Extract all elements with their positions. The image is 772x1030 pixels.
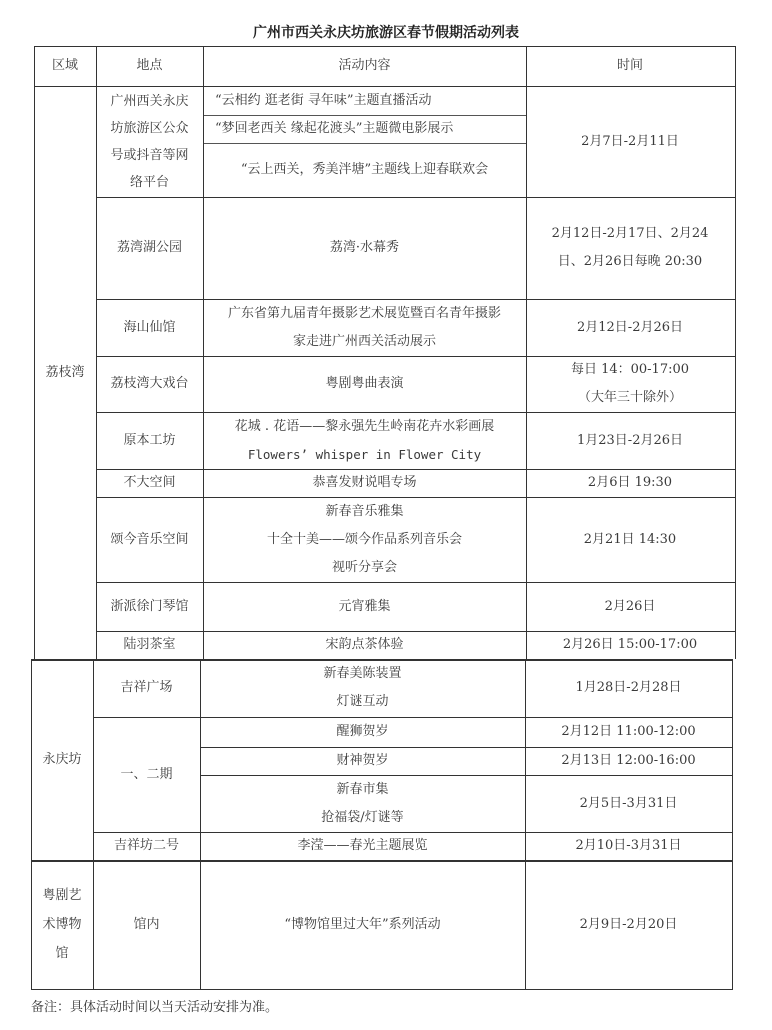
activity-cell: 新春市集 抢福袋/灯谜等 — [200, 775, 525, 832]
time-cell: 2月12日 11:00-12:00 — [525, 717, 732, 747]
region-cell-museum: 粤剧艺 术博物 馆 — [31, 860, 93, 989]
time-cell: 2月13日 12:00-16:00 — [525, 747, 732, 775]
table-border — [96, 356, 735, 357]
activity-cell: 花城 . 花语——黎永强先生岭南花卉水彩画展 Flowers’ whisper … — [203, 412, 526, 469]
table-border — [203, 115, 526, 116]
table-border — [96, 582, 735, 583]
activity-cell: “博物馆里过大年”系列活动 — [200, 860, 525, 989]
table-border — [93, 659, 94, 989]
time-cell: 2月21日 14:30 — [526, 497, 734, 582]
table-border — [96, 299, 735, 300]
activity-cell: 广东省第九届青年摄影艺术展览暨百名青年摄影 家走进广州西关活动展示 — [203, 299, 526, 356]
region-cell-yongqingfang: 永庆坊 — [31, 659, 93, 860]
time-cell: 2月6日 19:30 — [526, 469, 734, 497]
table-border — [525, 659, 526, 989]
activity-cell: 醒狮贺岁 — [200, 717, 525, 747]
activity-cell: 新春音乐雅集 十全十美——颂今作品系列音乐会 视听分享会 — [203, 497, 526, 582]
location-cell: 不大空间 — [96, 469, 203, 497]
table-border — [31, 989, 733, 990]
location-cell: 一、二期 — [93, 717, 200, 832]
table-border — [96, 197, 735, 198]
region-cell-liwan: 荔枝湾 — [34, 86, 96, 659]
location-cell: 荔枝湾大戏台 — [96, 356, 203, 412]
location-cell: 广州西关永庆 坊旅游区公众 号或抖音等网 络平台 — [96, 86, 203, 197]
header-region: 区域 — [34, 46, 96, 86]
activity-cell: 粤剧粤曲表演 — [203, 356, 526, 412]
table-border — [732, 659, 733, 989]
time-cell: 2月5日-3月31日 — [525, 775, 732, 832]
activity-cell: 李滢——春光主题展览 — [200, 832, 525, 860]
table-border — [200, 659, 201, 989]
activity-cell: 恭喜发财说唱专场 — [203, 469, 526, 497]
location-cell: 吉祥坊二号 — [93, 832, 200, 860]
location-cell: 海山仙馆 — [96, 299, 203, 356]
location-cell: 馆内 — [93, 860, 200, 989]
header-time: 时间 — [526, 46, 734, 86]
table-border — [93, 832, 733, 833]
table-border — [34, 86, 735, 87]
header-activity: 活动内容 — [203, 46, 526, 86]
activity-cell: “云相约 逛老街 寻年味”主题直播活动 — [203, 86, 526, 115]
table-border — [200, 747, 733, 748]
time-cell: 2月12日-2月26日 — [526, 299, 734, 356]
table-border — [31, 659, 32, 989]
table-border — [203, 46, 204, 659]
table-border — [34, 46, 735, 47]
activity-cell: 宋韵点茶体验 — [203, 631, 526, 659]
activity-cell: “梦回老西关 缘起花渡头”主题微电影展示 — [203, 115, 526, 143]
activity-cell: 荔湾·水幕秀 — [203, 197, 526, 299]
time-cell: 2月26日 — [526, 582, 734, 631]
time-cell: 每日 14：00-17:00 （大年三十除外） — [526, 356, 734, 412]
table-border — [96, 46, 97, 659]
time-cell: 2月7日-2月11日 — [526, 86, 734, 197]
table-border — [31, 659, 733, 661]
location-cell: 颂今音乐空间 — [96, 497, 203, 582]
location-cell: 陆羽茶室 — [96, 631, 203, 659]
table-border — [200, 775, 733, 776]
activity-cell: 新春美陈装置 灯谜互动 — [200, 659, 525, 717]
time-cell: 2月26日 15:00-17:00 — [526, 631, 734, 659]
activity-cell: 元宵雅集 — [203, 582, 526, 631]
document-title: 广州市西关永庆坊旅游区春节假期活动列表 — [0, 22, 772, 42]
table-border — [31, 860, 733, 862]
time-cell: 1月28日-2月28日 — [525, 659, 732, 717]
activity-cell: 财神贺岁 — [200, 747, 525, 775]
time-cell: 2月9日-2月20日 — [525, 860, 732, 989]
location-cell: 浙派徐门琴馆 — [96, 582, 203, 631]
table-border — [93, 717, 733, 718]
location-cell: 荔湾湖公园 — [96, 197, 203, 299]
table-border — [735, 46, 736, 659]
table-border — [96, 631, 735, 632]
table-border — [96, 497, 735, 498]
table-border — [96, 412, 735, 413]
location-cell: 吉祥广场 — [93, 659, 200, 717]
location-cell: 原本工坊 — [96, 412, 203, 469]
time-cell: 2月10日-3月31日 — [525, 832, 732, 860]
header-location: 地点 — [96, 46, 203, 86]
time-cell: 1月23日-2月26日 — [526, 412, 734, 469]
table-border — [526, 46, 527, 659]
table-border — [34, 46, 35, 659]
footnote: 备注：具体活动时间以当天活动安排为准。 — [31, 996, 278, 1015]
time-cell: 2月12日-2月17日、2月24 日、2月26日每晚 20:30 — [526, 197, 734, 299]
table-border — [203, 143, 526, 144]
table-border — [96, 469, 735, 470]
activity-cell: “云上西关，秀美泮塘”主题线上迎春联欢会 — [203, 143, 526, 197]
